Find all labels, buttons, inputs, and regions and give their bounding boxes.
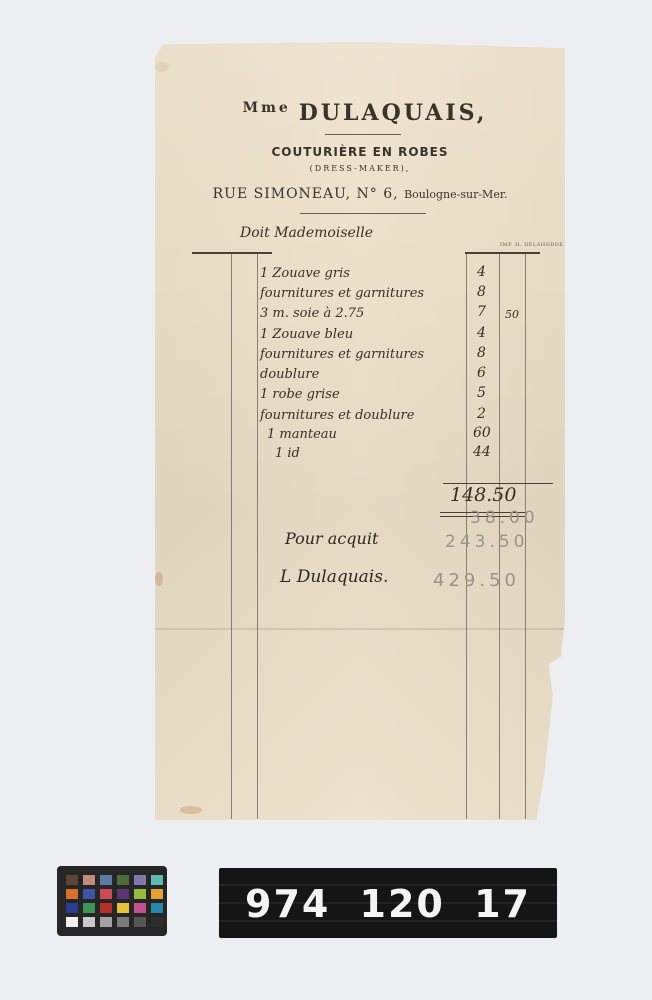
color-swatch xyxy=(66,875,78,885)
address-street: RUE SIMONEAU, N° 6, xyxy=(213,186,399,202)
color-swatch xyxy=(117,889,129,899)
line-item-description: fournitures et doublure xyxy=(260,408,414,423)
color-swatch xyxy=(66,903,78,913)
line-item-amount: 60 xyxy=(473,425,491,441)
color-swatch xyxy=(83,917,95,927)
line-item-amount: 5 xyxy=(477,385,486,401)
line-item-description: fournitures et garnitures xyxy=(260,286,424,301)
foxing-stain xyxy=(180,806,202,814)
pencil-note: 429.50 xyxy=(433,570,520,591)
color-swatch xyxy=(134,903,146,913)
line-item-description: doublure xyxy=(260,367,319,382)
name-prefix: Mme xyxy=(243,100,291,116)
color-swatch xyxy=(134,889,146,899)
line-item-amount: 4 xyxy=(477,264,486,280)
column-rule xyxy=(257,254,258,819)
line-item-amount: 4 xyxy=(477,325,486,341)
color-swatch xyxy=(66,917,78,927)
merchant-name: MmeDULAQUAIS, xyxy=(225,100,505,126)
color-swatch xyxy=(117,917,129,927)
line-item-description: 1 Zouave bleu xyxy=(260,327,353,342)
color-swatch xyxy=(83,903,95,913)
line-item-amount: 8 xyxy=(477,284,486,300)
line-item-description: fournitures et garnitures xyxy=(260,347,424,362)
color-swatch xyxy=(83,889,95,899)
debtor-line: Doit Mademoiselle xyxy=(240,225,373,241)
total-amount: 148.50 xyxy=(450,484,516,506)
address: RUE SIMONEAU, N° 6, Boulogne-sur-Mer. xyxy=(155,186,565,202)
line-item-amount: 8 xyxy=(477,345,486,361)
receipt-note: Pour acquit xyxy=(285,529,378,548)
color-swatch xyxy=(100,889,112,899)
ornament-rule xyxy=(325,134,401,135)
color-swatch xyxy=(151,875,163,885)
accession-label: 974 120 17 xyxy=(219,868,557,938)
color-swatch xyxy=(100,875,112,885)
foxing-stain xyxy=(155,572,163,586)
column-rule xyxy=(231,254,232,819)
color-swatch xyxy=(151,917,163,927)
line-item-description: 1 Zouave gris xyxy=(260,266,350,281)
ornament-rule xyxy=(300,213,426,214)
printer-credit: IMP. H. DELAHODDE xyxy=(500,242,563,248)
pencil-note: 243.50 xyxy=(445,532,528,552)
color-swatch xyxy=(151,903,163,913)
color-swatch xyxy=(151,889,163,899)
line-item-amount: 44 xyxy=(473,444,491,460)
invoice-paper: MmeDULAQUAIS, COUTURIÈRE EN ROBES (DRESS… xyxy=(155,42,565,820)
signature: L Dulaquais. xyxy=(280,567,388,587)
color-checker-card xyxy=(57,866,167,936)
line-item-description: 1 id xyxy=(275,446,300,461)
line-item-amount: 2 xyxy=(477,406,486,422)
color-swatch xyxy=(83,875,95,885)
color-swatch xyxy=(100,903,112,913)
table-top-rule-left xyxy=(192,252,272,254)
accession-number: 974 120 17 xyxy=(219,882,557,926)
color-swatch xyxy=(100,917,112,927)
fold-crease xyxy=(155,628,565,630)
line-item-cents: 50 xyxy=(505,308,519,321)
color-swatch xyxy=(66,889,78,899)
line-item-description: 1 manteau xyxy=(267,427,337,442)
profession-english: (DRESS-MAKER), xyxy=(155,164,565,173)
pencil-note: 38.00 xyxy=(470,508,539,528)
line-item-amount: 6 xyxy=(477,365,486,381)
color-swatch xyxy=(117,875,129,885)
table-top-rule-right xyxy=(465,252,540,254)
line-item-description: 3 m. soie à 2.75 xyxy=(260,306,364,321)
line-item-description: 1 robe grise xyxy=(260,387,340,402)
line-item-amount: 7 xyxy=(477,304,486,320)
color-swatch xyxy=(134,875,146,885)
foxing-stain xyxy=(155,62,169,72)
address-city: Boulogne-sur-Mer. xyxy=(404,188,507,201)
color-swatch xyxy=(134,917,146,927)
profession: COUTURIÈRE EN ROBES xyxy=(155,145,565,159)
color-swatch xyxy=(117,903,129,913)
